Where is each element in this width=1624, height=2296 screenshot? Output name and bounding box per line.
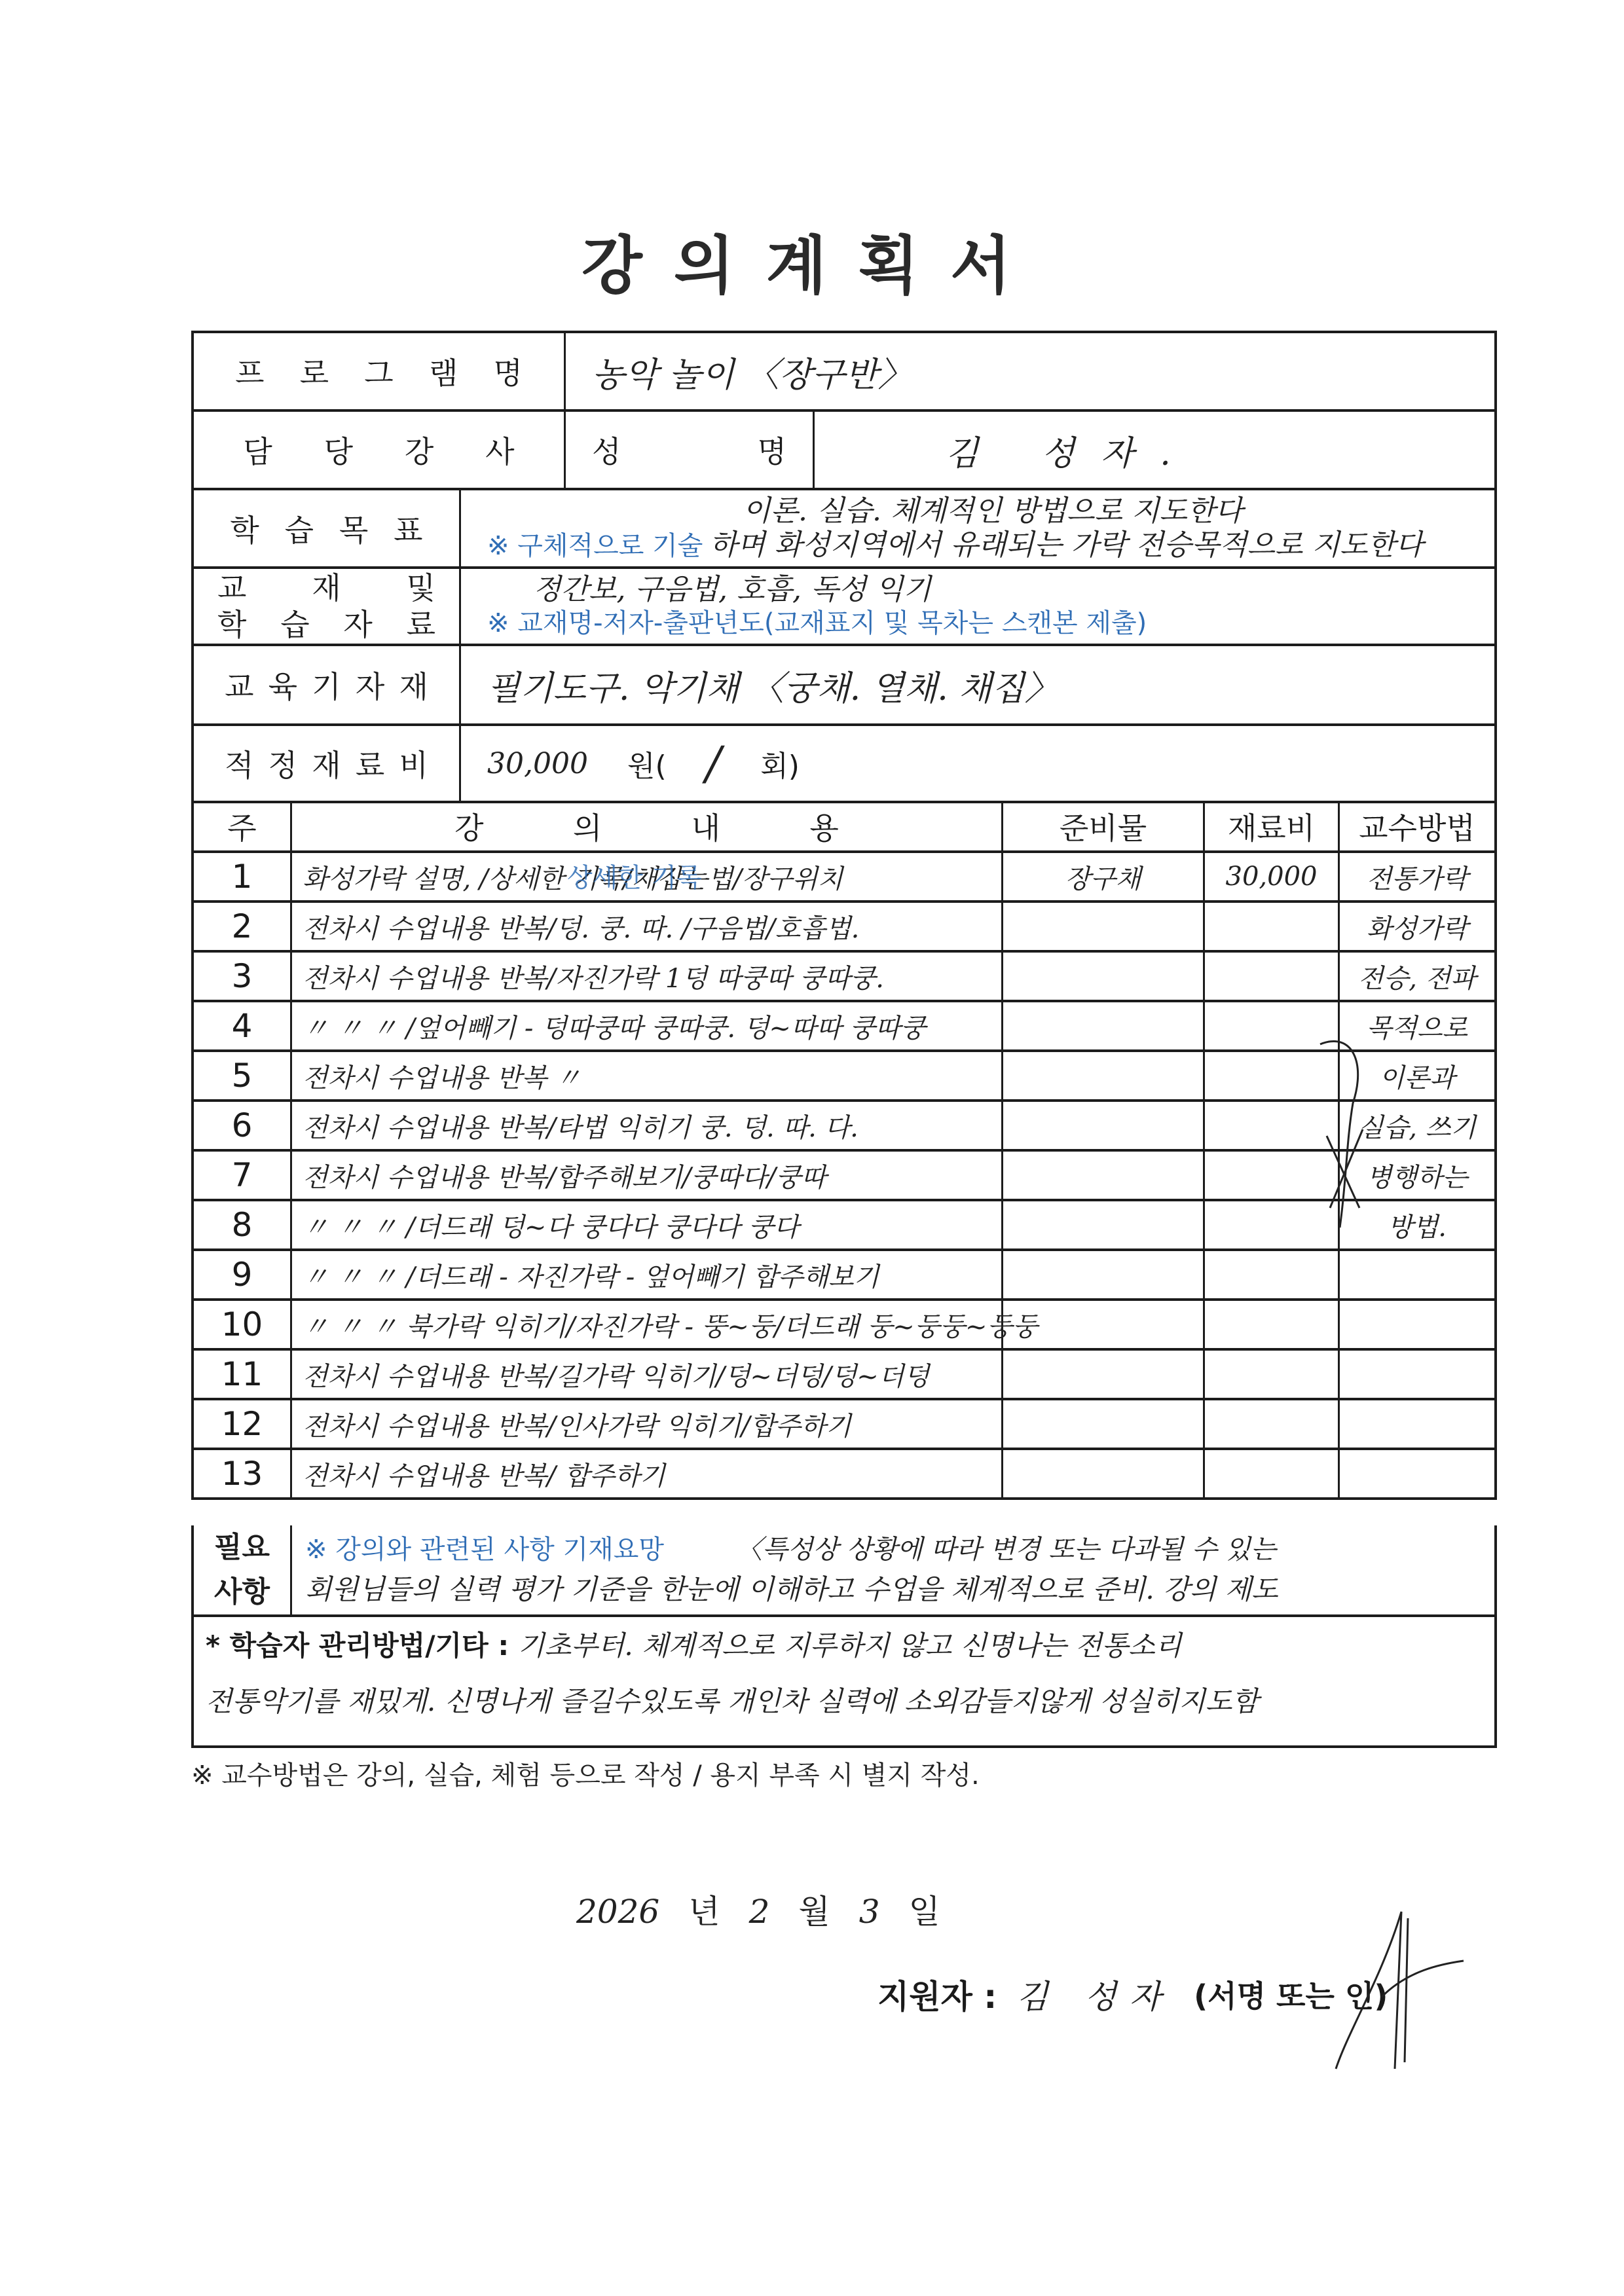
header-content-char: 강 [454, 805, 483, 848]
header-method: 교수방법 [1340, 802, 1494, 850]
materials-instruction-note: ※ 교재명-저자-출판년도(교재표지 및 목차는 스캔본 제출) [487, 607, 1147, 640]
week-number-text: 9 [232, 1256, 253, 1294]
cost-cell[interactable] [1205, 1251, 1340, 1298]
management-handwriting-line2: 전통악기를 재밌게. 신명나게 즐길수있도록 개인차 실력에 소외감들지않게 성… [206, 1672, 1483, 1731]
lecture-content-cell[interactable]: 전차시 수업내용 반복/자진가락 1덩 따쿵따 쿵따쿵. [292, 953, 1003, 1000]
week-number-text: 12 [221, 1405, 263, 1443]
material-cost-label: 적정재료비 [194, 726, 461, 801]
name-sublabel: 성명 [566, 412, 815, 488]
learner-management-field[interactable]: * 학습자 관리방법/기타 : 기초부터. 체계적으로 지루하지 않고 신명나는… [191, 1617, 1497, 1748]
label-char: 성 [592, 428, 621, 471]
materials-label: 교재및 학습자료 [194, 569, 461, 644]
header-prep: 준비물 [1003, 802, 1205, 850]
cost-unit: 원( [627, 742, 667, 784]
lecture-content-cell[interactable]: 〃 〃 〃 북가락 익히기/자진가락 - 뚱~둥/더드래 둥~둥둥~둥둥 [292, 1301, 1003, 1348]
prep-cell[interactable] [1003, 1052, 1205, 1099]
label-char: 자 [343, 606, 372, 643]
label-char: 비 [399, 742, 428, 785]
requirements-handwriting-line1: 〈특성상 상황에 따라 변경 또는 다과될 수 있는 [736, 1530, 1276, 1569]
cost-cell[interactable] [1205, 1301, 1340, 1348]
date-year-label: 년 [688, 1886, 720, 1933]
label-char: 기 [312, 663, 341, 706]
label-char: 강 [405, 428, 434, 471]
lecture-content-cell-text: 〃 〃 〃 /엎어빼기 - 덩따쿵따 쿵따쿵. 덩~따따 쿵따쿵 [303, 1008, 926, 1045]
requirements-label: 필요 사항 [194, 1525, 292, 1614]
prep-cell[interactable] [1003, 1201, 1205, 1248]
table-row: 3전차시 수업내용 반복/자진가락 1덩 따쿵따 쿵따쿵.전승, 전파 [194, 953, 1494, 1002]
cost-amount: 30,000 [487, 747, 588, 780]
weekly-header-row: 주 강의내용 준비물 재료비 교수방법 [194, 802, 1494, 853]
instructor-label: 담당강사 [194, 412, 566, 488]
lecture-content-cell[interactable]: 전차시 수업내용 반복/인사가락 익히기/합주하기 [292, 1400, 1003, 1448]
label-char: 학 [217, 606, 246, 643]
week-number-text: 4 [232, 1007, 253, 1045]
week-number: 4 [194, 1002, 292, 1049]
cost-cell[interactable] [1205, 903, 1340, 950]
learning-goal-label: 학습목표 [194, 490, 461, 566]
lecture-content-cell[interactable]: 전차시 수업내용 반복/덩. 쿵. 따. /구음법/호흡법. [292, 903, 1003, 950]
lecture-content-cell-text: 〃 〃 〃 /더드래 덩~다 쿵다다 쿵다다 쿵다 [303, 1207, 799, 1244]
cost-cell[interactable]: 30,000 [1205, 853, 1340, 900]
cross-mark-icon [1307, 1038, 1386, 1234]
label-char: 당 [324, 428, 353, 471]
week-number: 3 [194, 953, 292, 1000]
lecture-content-cell[interactable]: 〃 〃 〃 /더드래 덩~다 쿵다다 쿵다다 쿵다 [292, 1201, 1003, 1248]
table-row: 13전차시 수업내용 반복/ 합주하기 [194, 1450, 1494, 1500]
label-char: 학 [230, 507, 259, 550]
table-row: 6전차시 수업내용 반복/타법 익히기 쿵. 덩. 따. 다.실습, 쓰기 [194, 1102, 1494, 1152]
method-cell[interactable] [1340, 1351, 1494, 1398]
label-char: 담 [243, 428, 272, 471]
label-char: 교 [217, 570, 246, 606]
requirements-label-line1: 필요 [214, 1529, 270, 1566]
week-number: 2 [194, 903, 292, 950]
prep-cell-text: 장구채 [1065, 858, 1141, 896]
lecture-content-cell-text: 전차시 수업내용 반복/합주해보기/쿵따다/쿵따 [303, 1157, 826, 1194]
learning-goal-row: 학습목표 이론. 실습. 체계적인 방법으로 지도한다 ※ 구체적으로 기술 하… [194, 490, 1494, 569]
lecture-content-cell-text: 전차시 수업내용 반복/자진가락 1덩 따쿵따 쿵따쿵. [303, 958, 884, 995]
learning-goal-field[interactable]: 이론. 실습. 체계적인 방법으로 지도한다 ※ 구체적으로 기술 하며 화성지… [461, 490, 1494, 566]
table-row: 4〃 〃 〃 /엎어빼기 - 덩따쿵따 쿵따쿵. 덩~따따 쿵따쿵목적으로 [194, 1002, 1494, 1052]
week-number-text: 3 [232, 957, 253, 995]
label-char: 정 [268, 742, 297, 785]
method-cell-text: 이론과 [1379, 1057, 1455, 1095]
week-number-text: 2 [232, 907, 253, 945]
method-cell[interactable] [1340, 1400, 1494, 1448]
method-cell[interactable]: 전승, 전파 [1340, 953, 1494, 1000]
requirements-instruction-note: ※ 강의와 관련된 사항 기재요망 [305, 1530, 664, 1569]
lecture-content-cell[interactable]: 전차시 수업내용 반복 〃 [292, 1052, 1003, 1099]
week-number: 12 [194, 1400, 292, 1448]
cost-cell-text: 30,000 [1226, 862, 1318, 892]
goal-instruction-note: ※ 구체적으로 기술 [487, 530, 703, 562]
lecture-content-cell-text: 전차시 수업내용 반복/덩. 쿵. 따. /구음법/호흡법. [303, 908, 859, 945]
lecture-content-cell[interactable]: 전차시 수업내용 반복/길가락 익히기/덩~더덩/덩~더덩 [292, 1351, 1003, 1398]
prep-cell[interactable] [1003, 1102, 1205, 1149]
week-number-text: 8 [232, 1206, 253, 1244]
method-cell[interactable] [1340, 1301, 1494, 1348]
header-content-char: 내 [692, 805, 720, 848]
instructor-row: 담당강사 성명 김 성자. [194, 412, 1494, 490]
label-char: 적 [225, 742, 253, 785]
date-field[interactable]: 2026 년 2 월 3 일 [576, 1886, 940, 1933]
lecture-content-cell[interactable]: 〃 〃 〃 /더드래 - 자진가락 - 엎어빼기 합주해보기 [292, 1251, 1003, 1298]
cost-cell[interactable] [1205, 953, 1340, 1000]
label-char: 재 [312, 570, 341, 606]
learner-management-label: * 학습자 관리방법/기타 : [206, 1620, 509, 1672]
lecture-content-cell[interactable]: 전차시 수업내용 반복/ 합주하기 [292, 1450, 1003, 1497]
label-char: 명 [493, 350, 522, 393]
label-char: 육 [268, 663, 297, 706]
material-cost-row: 적정재료비 30,000 원( / 회) [194, 726, 1494, 803]
table-row: 2전차시 수업내용 반복/덩. 쿵. 따. /구음법/호흡법.화성가락 [194, 903, 1494, 953]
program-row: 프로그램명 농악 놀이 〈장구반〉 [194, 333, 1494, 412]
table-row: 9〃 〃 〃 /더드래 - 자진가락 - 엎어빼기 합주해보기 [194, 1251, 1494, 1301]
label-char: 명 [758, 428, 786, 471]
method-cell-text: 전통가락 [1367, 858, 1468, 896]
prep-cell[interactable]: 장구채 [1003, 853, 1205, 900]
equipment-row: 교육기자재 필기도구. 악기채 〈궁채. 열채. 채집〉 [194, 646, 1494, 726]
lecture-content-cell-text: 전차시 수업내용 반복 〃 [303, 1057, 581, 1095]
label-char: 재 [399, 663, 428, 706]
week-number: 13 [194, 1450, 292, 1497]
week-number: 1 [194, 853, 292, 900]
week-number-text: 7 [232, 1156, 253, 1194]
requirements-row: 필요 사항 ※ 강의와 관련된 사항 기재요망 〈특성상 상황에 따라 변경 또… [191, 1525, 1497, 1617]
prep-cell[interactable] [1003, 903, 1205, 950]
date-day-label: 일 [909, 1886, 940, 1933]
label-char: 사 [485, 428, 514, 471]
label-char: 습 [280, 606, 309, 643]
footnote: ※ 교수방법은 강의, 실습, 체험 등으로 작성 / 용지 부족 시 별지 작… [191, 1755, 980, 1792]
week-number-text: 6 [232, 1106, 253, 1144]
lecture-content-cell[interactable]: 〃 〃 〃 /엎어빼기 - 덩따쿵따 쿵따쿵. 덩~따따 쿵따쿵 [292, 1002, 1003, 1049]
lecture-content-cell-text: 〃 〃 〃 북가락 익히기/자진가락 - 뚱~둥/더드래 둥~둥둥~둥둥 [303, 1306, 1038, 1343]
method-cell-text: 화성가락 [1367, 908, 1468, 945]
prep-cell[interactable] [1003, 1251, 1205, 1298]
materials-handwriting: 정간보, 구음법, 호흡, 독성 익기 [487, 573, 931, 607]
applicant-label: 지원자 : [877, 1971, 997, 2018]
label-char: 그 [364, 350, 393, 393]
date-year: 2026 [576, 1893, 659, 1931]
label-char: 표 [394, 507, 422, 550]
table-row: 5전차시 수업내용 반복 〃이론과 [194, 1052, 1494, 1102]
cost-per-label: 회) [760, 742, 800, 784]
equipment-label: 교육기자재 [194, 646, 461, 723]
week-number-text: 10 [221, 1305, 263, 1343]
label-char: 료 [407, 606, 435, 643]
info-table: 프로그램명 농악 놀이 〈장구반〉 담당강사 성명 김 성자. 학습목표 이론.… [191, 331, 1497, 803]
date-day: 3 [859, 1893, 880, 1931]
week-number-text: 5 [232, 1057, 253, 1095]
prep-cell[interactable] [1003, 1400, 1205, 1448]
cost-cell[interactable] [1205, 1450, 1340, 1497]
header-content: 강의내용 [292, 802, 1003, 850]
materials-field[interactable]: 정간보, 구음법, 호흡, 독성 익기 ※ 교재명-저자-출판년도(교재표지 및… [461, 569, 1494, 644]
cost-cell[interactable] [1205, 1400, 1340, 1448]
materials-row: 교재및 학습자료 정간보, 구음법, 호흡, 독성 익기 ※ 교재명-저자-출판… [194, 569, 1494, 646]
equipment-field[interactable]: 필기도구. 악기채 〈궁채. 열채. 채집〉 [461, 646, 1494, 723]
printed-placeholder-note: 상세한 기록 [567, 857, 702, 894]
label-char: 습 [285, 507, 314, 550]
goal-handwriting-line2: 하며 화성지역에서 유래되는 가락 전승목적으로 지도한다 [709, 528, 1423, 562]
lecture-content-cell-text: 〃 〃 〃 /더드래 - 자진가락 - 엎어빼기 합주해보기 [303, 1256, 879, 1294]
table-row: 8〃 〃 〃 /더드래 덩~다 쿵다다 쿵다다 쿵다방법. [194, 1201, 1494, 1251]
lecture-content-cell[interactable]: 전차시 수업내용 반복/타법 익히기 쿵. 덩. 따. 다. [292, 1102, 1003, 1149]
label-char: 료 [356, 742, 384, 785]
week-number: 10 [194, 1301, 292, 1348]
label-char: 재 [312, 742, 341, 785]
header-week: 주 [194, 802, 292, 850]
date-month: 2 [749, 1893, 770, 1931]
table-row: 7전차시 수업내용 반복/합주해보기/쿵따다/쿵따병행하는 [194, 1152, 1494, 1201]
lecture-content-cell-text: 전차시 수업내용 반복/타법 익히기 쿵. 덩. 따. 다. [303, 1107, 858, 1144]
lecture-content-cell-text: 전차시 수업내용 반복/인사가락 익히기/합주하기 [303, 1406, 851, 1443]
header-content-char: 용 [809, 805, 838, 848]
management-handwriting-line1: 기초부터. 체계적으로 지루하지 않고 신명나는 전통소리 [518, 1620, 1181, 1672]
label-char: 목 [339, 507, 368, 550]
lecture-content-cell-text: 전차시 수업내용 반복/ 합주하기 [303, 1455, 665, 1493]
prep-cell[interactable] [1003, 1152, 1205, 1199]
signature-scrawl-icon [1310, 1899, 1467, 2082]
material-cost-field[interactable]: 30,000 원( / 회) [461, 726, 1494, 801]
method-cell[interactable]: 화성가락 [1340, 903, 1494, 950]
applicant-name-field[interactable]: 김 성자 [1016, 1971, 1174, 2018]
table-row: 11전차시 수업내용 반복/길가락 익히기/덩~더덩/덩~더덩 [194, 1351, 1494, 1400]
week-number: 9 [194, 1251, 292, 1298]
week-number-text: 11 [221, 1355, 263, 1393]
requirements-handwriting-line2: 회원님들의 실력 평가 기준을 한눈에 이해하고 수업을 체계적으로 준비. 강… [305, 1569, 1481, 1610]
week-number-text: 1 [232, 858, 253, 896]
prep-cell[interactable] [1003, 1351, 1205, 1398]
requirements-field[interactable]: ※ 강의와 관련된 사항 기재요망 〈특성상 상황에 따라 변경 또는 다과될 … [292, 1525, 1494, 1614]
instructor-name-field[interactable]: 김 성자. [815, 412, 1494, 488]
label-char: 및 [407, 570, 435, 606]
applicant-signature: 지원자 : 김 성자 (서명 또는 인) [877, 1971, 1388, 2018]
week-number: 8 [194, 1201, 292, 1248]
lecture-content-cell[interactable]: 전차시 수업내용 반복/합주해보기/쿵따다/쿵따 [292, 1152, 1003, 1199]
method-cell-text: 전승, 전파 [1358, 958, 1476, 995]
table-row: 12전차시 수업내용 반복/인사가락 익히기/합주하기 [194, 1400, 1494, 1450]
header-content-char: 의 [573, 805, 602, 848]
label-char: 프 [235, 350, 264, 393]
document-title: 강의계획서 [0, 216, 1624, 306]
prep-cell[interactable] [1003, 1450, 1205, 1497]
table-row: 10〃 〃 〃 북가락 익히기/자진가락 - 뚱~둥/더드래 둥~둥둥~둥둥 [194, 1301, 1494, 1351]
cost-sessions: / [706, 737, 722, 790]
goal-handwriting-line1: 이론. 실습. 체계적인 방법으로 지도한다 [487, 494, 1243, 528]
prep-cell[interactable] [1003, 1002, 1205, 1049]
method-cell[interactable]: 전통가락 [1340, 853, 1494, 900]
table-row: 1화성가락 설명, /상세한 기록/채잡는법/장구위치상세한 기록장구채30,0… [194, 853, 1494, 903]
label-char: 램 [429, 350, 458, 393]
requirements-label-line2: 사항 [214, 1574, 270, 1611]
prep-cell[interactable] [1003, 1301, 1205, 1348]
weekly-plan-table: 주 강의내용 준비물 재료비 교수방법 1화성가락 설명, /상세한 기록/채잡… [191, 802, 1497, 1500]
cost-cell[interactable] [1205, 1351, 1340, 1398]
label-char: 교 [225, 663, 253, 706]
week-number: 7 [194, 1152, 292, 1199]
lecture-content-cell-text: 전차시 수업내용 반복/길가락 익히기/덩~더덩/덩~더덩 [303, 1356, 929, 1393]
week-number: 5 [194, 1052, 292, 1099]
method-cell-text: 방법. [1388, 1207, 1447, 1244]
program-name-field[interactable]: 농악 놀이 〈장구반〉 [566, 333, 1494, 409]
date-month-label: 월 [798, 1886, 830, 1933]
prep-cell[interactable] [1003, 953, 1205, 1000]
week-number: 11 [194, 1351, 292, 1398]
label-char: 로 [300, 350, 329, 393]
program-label: 프로그램명 [194, 333, 566, 409]
lecture-content-cell[interactable]: 화성가락 설명, /상세한 기록/채잡는법/장구위치상세한 기록 [292, 853, 1003, 900]
week-number: 6 [194, 1102, 292, 1149]
label-char: 자 [356, 663, 384, 706]
week-number-text: 13 [221, 1455, 263, 1493]
method-cell[interactable] [1340, 1450, 1494, 1497]
header-cost: 재료비 [1205, 802, 1340, 850]
method-cell[interactable] [1340, 1251, 1494, 1298]
